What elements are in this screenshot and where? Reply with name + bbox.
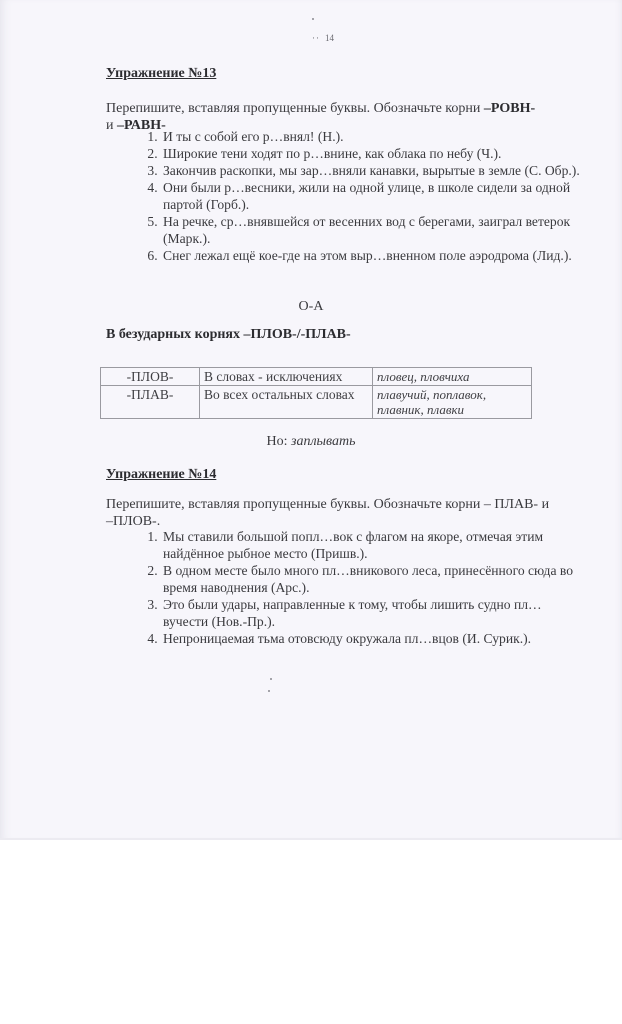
table-cell-root: -ПЛОВ- bbox=[101, 368, 200, 386]
table-cell-condition: В словах - исключениях bbox=[200, 368, 373, 386]
page-number-value: 14 bbox=[325, 33, 334, 43]
list-item: Широкие тени ходят по р…внине, как облак… bbox=[161, 145, 581, 162]
table-cell-examples: пловец, пловчиха bbox=[373, 368, 532, 386]
list-item: На речке, ср…внявшейся от весенних вод с… bbox=[161, 213, 581, 247]
scan-speck bbox=[312, 18, 314, 20]
table-cell-condition: Во всех остальных словах bbox=[200, 386, 373, 419]
section-heading: О-А bbox=[0, 299, 622, 315]
rule-table: -ПЛОВ- В словах - исключениях пловец, пл… bbox=[100, 367, 532, 419]
list-item: Закончив раскопки, мы зар…вняли канавки,… bbox=[161, 162, 581, 179]
exercise-14-list: Мы ставили большой попл…вок с флагом на … bbox=[133, 528, 581, 647]
instruction-root: –РОВН- bbox=[484, 101, 535, 116]
exception-word: заплывать bbox=[291, 434, 356, 449]
list-item: И ты с собой его р…внял! (Н.). bbox=[161, 128, 581, 145]
section-subheading: В безударных корнях –ПЛОВ-/-ПЛАВ- bbox=[106, 327, 351, 343]
exception-note: Но: заплывать bbox=[0, 434, 622, 450]
table-cell-root: -ПЛАВ- bbox=[101, 386, 200, 419]
table-cell-examples: плавучий, поплавок, плавник, плавки bbox=[373, 386, 532, 419]
list-item: Снег лежал ещё кое-где на этом выр…вненн… bbox=[161, 247, 581, 264]
scan-speck bbox=[268, 690, 270, 692]
table-row: -ПЛАВ- Во всех остальных словах плавучий… bbox=[101, 386, 532, 419]
instruction-text: Перепишите, вставляя пропущенные буквы. … bbox=[106, 101, 484, 116]
list-item: Непроницаемая тьма отовсюду окружала пл…… bbox=[161, 630, 581, 647]
page-edge bbox=[0, 838, 622, 840]
scan-speck bbox=[270, 678, 272, 680]
list-item: Они были р…весники, жили на одной улице,… bbox=[161, 179, 581, 213]
list-item: В одном месте было много пл…вникового ле… bbox=[161, 562, 581, 596]
page-number: ··14 bbox=[312, 33, 334, 43]
exercise-14-title: Упражнение №14 bbox=[106, 467, 216, 483]
table-row: -ПЛОВ- В словах - исключениях пловец, пл… bbox=[101, 368, 532, 386]
page-number-marks: ·· bbox=[312, 33, 320, 43]
exercise-13-list: И ты с собой его р…внял! (Н.). Широкие т… bbox=[133, 128, 581, 264]
list-item: Мы ставили большой попл…вок с флагом на … bbox=[161, 528, 581, 562]
exercise-13-title: Упражнение №13 bbox=[106, 66, 216, 82]
instruction-text: и bbox=[106, 118, 117, 133]
exercise-14-instruction: Перепишите, вставляя пропущенные буквы. … bbox=[106, 496, 554, 530]
list-item: Это были удары, направленные к тому, что… bbox=[161, 596, 581, 630]
exception-label: Но: bbox=[266, 434, 291, 449]
